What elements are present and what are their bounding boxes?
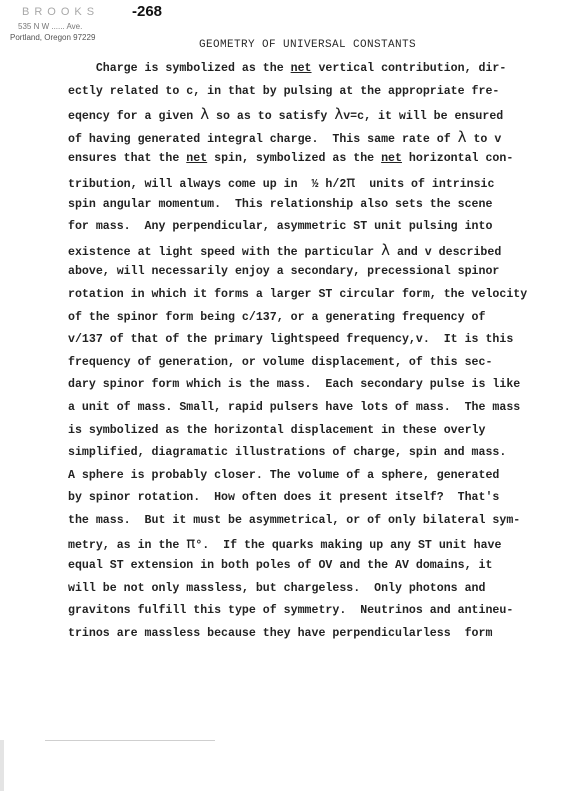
- text-line: existence at light speed with the partic…: [68, 239, 518, 262]
- lambda-symbol: λ: [334, 105, 343, 123]
- text-line: gravitons fulfill this type of symmetry.…: [68, 600, 518, 623]
- text-line: ensures that the net spin, symbolized as…: [68, 148, 518, 171]
- text-line: v/137 of that of the primary lightspeed …: [68, 329, 518, 352]
- text-line: metry, as in the π°. If the quarks makin…: [68, 532, 518, 555]
- text-line: ectly related to c, in that by pulsing a…: [68, 81, 518, 104]
- text-line: for mass. Any perpendicular, asymmetric …: [68, 216, 518, 239]
- lambda-symbol: λ: [458, 128, 467, 146]
- text-line: will be not only massless, but chargeles…: [68, 578, 518, 601]
- text-line: equal ST extension in both poles of OV a…: [68, 555, 518, 578]
- text-line: by spinor rotation. How often does it pr…: [68, 487, 518, 510]
- text-line: a unit of mass. Small, rapid pulsers hav…: [68, 397, 518, 420]
- text-line: above, will necessarily enjoy a secondar…: [68, 261, 518, 284]
- text-line: spin angular momentum. This relationship…: [68, 194, 518, 217]
- text-line: frequency of generation, or volume displ…: [68, 352, 518, 375]
- text-line: dary spinor form which is the mass. Each…: [68, 374, 518, 397]
- document-body: Charge is symbolized as the net vertical…: [68, 58, 518, 645]
- text-line: of having generated integral charge. Thi…: [68, 126, 518, 149]
- scan-edge-shadow: [0, 740, 4, 791]
- underlined-word: net: [291, 62, 312, 75]
- text-line: rotation in which it forms a larger ST c…: [68, 284, 518, 307]
- text-line: simplified, diagramatic illustrations of…: [68, 442, 518, 465]
- document-title: GEOMETRY OF UNIVERSAL CONSTANTS: [0, 39, 575, 51]
- underlined-word: net: [381, 152, 402, 165]
- lambda-symbol: λ: [381, 241, 390, 259]
- pi-symbol: π: [346, 173, 355, 191]
- text-line: is symbolized as the horizontal displace…: [68, 420, 518, 443]
- text-line: of the spinor form being c/137, or a gen…: [68, 307, 518, 330]
- text-line: A sphere is probably closer. The volume …: [68, 465, 518, 488]
- text-line: trinos are massless because they have pe…: [68, 623, 518, 646]
- text-line: tribution, will always come up in ½ h/2π…: [68, 171, 518, 194]
- stamp-address-line1: 535 N W ...... Ave.: [18, 22, 82, 31]
- handwritten-page-number: -268: [132, 3, 162, 20]
- scan-artifact-line: [45, 740, 215, 741]
- text-line: eqency for a given λ so as to satisfy λv…: [68, 103, 518, 126]
- underlined-word: net: [186, 152, 207, 165]
- pi-symbol: π: [186, 534, 195, 552]
- text-line: the mass. But it must be asymmetrical, o…: [68, 510, 518, 533]
- lambda-symbol: λ: [200, 105, 209, 123]
- stamp-name: BROOKS: [22, 6, 99, 18]
- text-line: Charge is symbolized as the net vertical…: [68, 58, 518, 81]
